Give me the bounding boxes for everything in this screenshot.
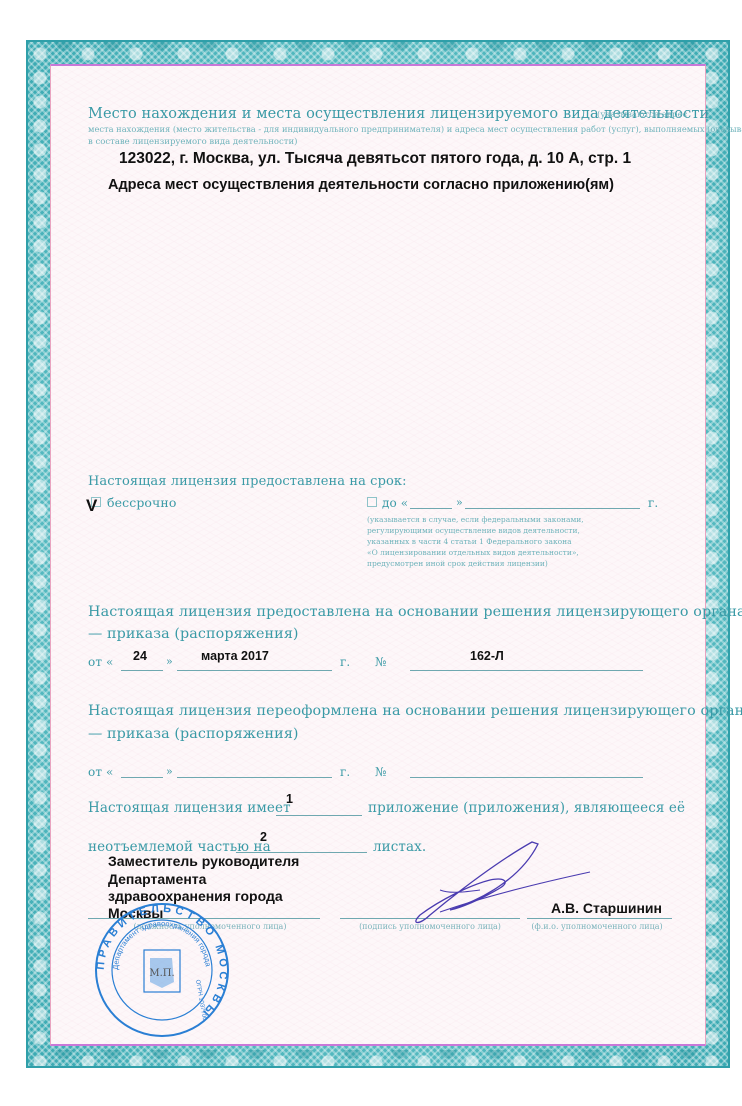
reissue-from-label: от «	[88, 765, 113, 779]
reissue-quote-close: »	[166, 765, 173, 778]
reissue-year-suffix: г.	[340, 765, 350, 779]
grant-year-suffix: г.	[340, 655, 350, 669]
reissue-day-field[interactable]	[121, 777, 163, 778]
until-day-field[interactable]	[410, 508, 452, 509]
appendix-line1-prefix: Настоящая лицензия имеет	[88, 800, 291, 816]
signature-icon	[380, 830, 640, 930]
location-hint-tail: (указываются адрес	[597, 110, 687, 121]
appendix-line1-suffix: приложение (приложения), являющееся её	[368, 800, 685, 816]
addresses-note: Адреса мест осуществления деятельности с…	[108, 177, 614, 193]
svg-text:М.П.: М.П.	[149, 968, 174, 979]
until-date-field[interactable]	[465, 508, 640, 509]
grant-number-line	[410, 670, 643, 671]
grant-month-line	[177, 670, 332, 671]
grant-month-year: марта 2017	[201, 649, 269, 663]
svg-text:ОГРН 1037700: ОГРН 1037700	[194, 979, 207, 1021]
term-heading: Настоящая лицензия предоставлена на срок…	[88, 474, 407, 489]
grant-number: 162-Л	[470, 649, 504, 663]
location-hint-line2: места нахождения (место жительства - для…	[88, 124, 742, 135]
grant-quote-close: »	[166, 655, 173, 668]
grant-heading-line1: Настоящая лицензия предоставлена на осно…	[88, 604, 742, 620]
reissue-number-label: №	[375, 765, 386, 779]
grant-number-label: №	[375, 655, 386, 669]
appendix-count: 1	[286, 792, 293, 806]
reissue-number-field[interactable]	[410, 777, 643, 778]
reissue-heading-line2: — приказа (распоряжения)	[88, 726, 299, 742]
location-hint-line3: в составе лицензируемого вида деятельнос…	[88, 137, 297, 148]
grant-from-label: от «	[88, 655, 113, 669]
reissue-month-field[interactable]	[177, 777, 332, 778]
checkbox-until[interactable]	[367, 497, 377, 507]
until-year-suffix: г.	[648, 496, 658, 510]
reissue-heading-line1: Настоящая лицензия переоформлена на осно…	[88, 703, 742, 719]
grant-day: 24	[133, 649, 147, 663]
until-quote-close: »	[456, 496, 463, 509]
address-value: 123022, г. Москва, ул. Тысяча девятьсот …	[119, 150, 631, 168]
sheet-count: 2	[260, 830, 267, 844]
stamp-icon: ПРАВИТЕЛЬСТВО МОСКВЫ Департамент здравоо…	[94, 902, 230, 1040]
check-mark-icon: V	[86, 496, 97, 516]
grant-heading-line2: — приказа (распоряжения)	[88, 626, 299, 642]
until-label: до «	[382, 496, 408, 510]
grant-day-line	[121, 670, 163, 671]
appendix-count-line	[276, 815, 362, 816]
indefinite-label: бессрочно	[107, 495, 176, 510]
